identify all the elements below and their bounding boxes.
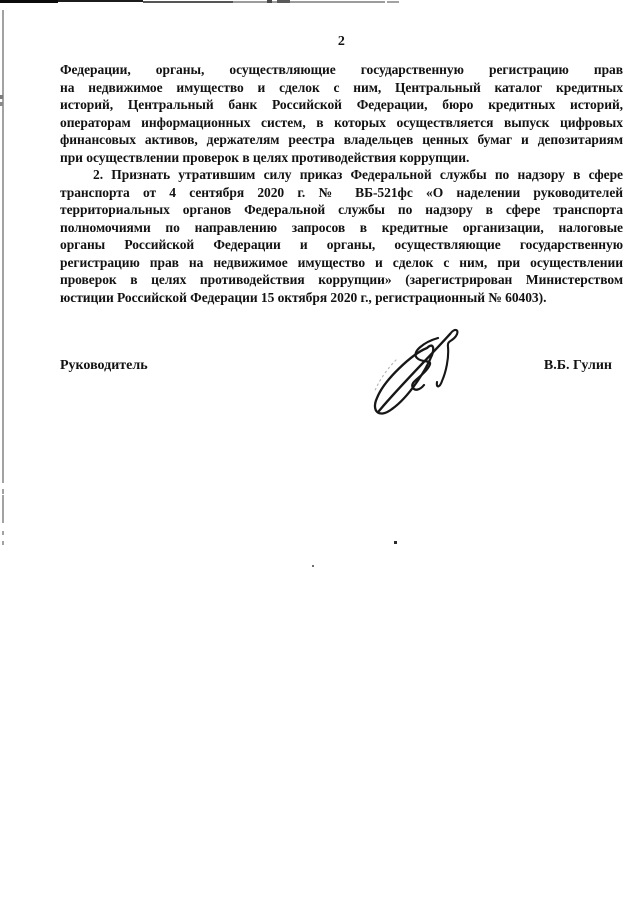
scan-artifact-left-line	[2, 531, 4, 535]
scan-artifact-left-line	[2, 541, 4, 545]
page-number: 2	[60, 34, 623, 50]
scan-artifact-top-line	[58, 0, 143, 2]
body-line: органы Российской Федерации и органы, ос…	[60, 236, 623, 254]
document-body: Федерации, органы, осуществляющие госуда…	[60, 61, 623, 306]
body-line: транспорта от 4 сентября 2020 г. № ВБ-52…	[60, 184, 623, 202]
body-line: при осуществлении проверок в целях проти…	[60, 149, 623, 167]
scan-artifact-top-line	[387, 1, 399, 3]
scan-artifact-left-line	[2, 489, 4, 494]
body-line: на недвижимое имущество и сделок с ним, …	[60, 79, 623, 97]
body-line: юстиции Российской Федерации 15 октября …	[60, 289, 623, 307]
scan-artifact-edge-dash	[0, 102, 3, 106]
body-line: историй, Центральный банк Российской Фед…	[60, 96, 623, 114]
body-line: полномочиями по направлению запросов в к…	[60, 219, 623, 237]
scan-speck	[394, 541, 397, 544]
body-line: операторам информационных систем, в кото…	[60, 114, 623, 132]
body-line: проверок в целях противодействия коррупц…	[60, 271, 623, 289]
handwritten-signature-icon	[352, 314, 497, 446]
scan-artifact-left-line	[2, 495, 4, 523]
document-page: 2 Федерации, органы, осуществляющие госу…	[0, 0, 640, 905]
scan-artifact-top-line	[277, 0, 290, 3]
scan-artifact-top-line	[0, 0, 58, 3]
signature-title: Руководитель	[60, 358, 148, 374]
scan-artifact-top-line	[143, 1, 233, 3]
paragraph-2: 2. Признать утратившим силу приказ Федер…	[60, 166, 623, 306]
scan-artifact-top-line	[267, 0, 272, 3]
paragraph-1: Федерации, органы, осуществляющие госуда…	[60, 61, 623, 166]
body-line: территориальных органов Федеральной служ…	[60, 201, 623, 219]
body-line: регистрацию прав на недвижимое имущество…	[60, 254, 623, 272]
scan-artifact-left-line	[2, 10, 4, 483]
body-line: финансовых активов, держателям реестра в…	[60, 131, 623, 149]
scan-artifact-top-line	[233, 1, 385, 3]
signature-block: Руководитель В.Б. Гулин	[60, 358, 612, 374]
body-line: 2. Признать утратившим силу приказ Федер…	[60, 166, 623, 184]
body-line: Федерации, органы, осуществляющие госуда…	[60, 61, 623, 79]
signer-name: В.Б. Гулин	[544, 358, 612, 374]
scan-speck	[312, 565, 314, 567]
scan-artifact-edge-dash	[0, 95, 3, 99]
